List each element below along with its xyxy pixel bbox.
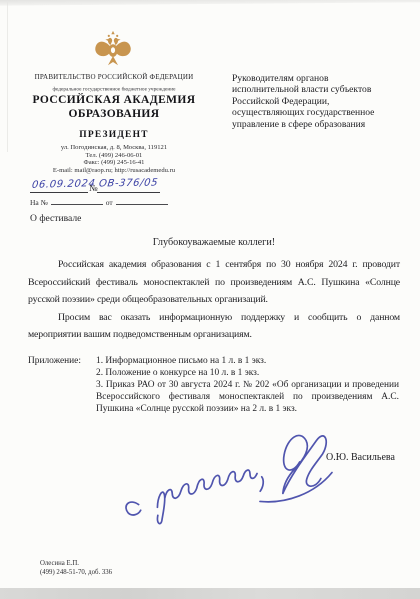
reply-reference-row: На №от xyxy=(30,196,171,207)
email-line: E-mail: mail@raop.ru; http://rusacademed… xyxy=(14,167,214,175)
reply-number-blank xyxy=(51,196,103,205)
institution-type-line: федеральное государственное бюджетное уч… xyxy=(38,86,190,92)
handwritten-closing-signature xyxy=(96,397,341,534)
date-underline xyxy=(30,192,88,193)
fax-line: Факс: (499) 245-16-41 xyxy=(14,159,214,167)
addressee-block: Руководителям органов исполнительной вла… xyxy=(232,73,408,130)
subject-line: О фестивале xyxy=(30,213,81,224)
attachments-label: Приложение: xyxy=(28,356,81,366)
outgoing-date-handwritten: 06.09.2024 xyxy=(31,178,96,191)
addressee-line: осуществляющих государственное xyxy=(232,107,408,118)
letter-body: Российская академия образования с 1 сент… xyxy=(28,256,400,344)
coat-of-arms-icon xyxy=(92,26,134,71)
contact-block: ул. Погодинская, д. 8, Москва, 119121 Те… xyxy=(14,144,214,174)
org-name: РОССИЙСКАЯ АКАДЕМИЯ ОБРАЗОВАНИЯ xyxy=(14,94,214,121)
addressee-line: управление в сфере образования xyxy=(232,119,408,130)
attachment-item: 1. Информационное письмо на 1 л. в 1 экз… xyxy=(96,356,399,368)
government-line: ПРАВИТЕЛЬСТВО РОССИЙСКОЙ ФЕДЕРАЦИИ xyxy=(14,73,214,81)
footer-contact-phone: (499) 248-51-70, доб. 336 xyxy=(40,569,112,578)
attachment-item: 2. Положение о конкурсе на 10 л. в 1 экз… xyxy=(96,368,399,380)
salutation: Глубокоуважаемые коллеги! xyxy=(28,237,400,248)
executor-contact: Олесина Е.П. (499) 248-51-70, доб. 336 xyxy=(40,560,112,577)
body-paragraph-1: Российская академия образования с 1 сент… xyxy=(28,256,400,309)
number-underline xyxy=(97,192,160,193)
attachments-list: 1. Информационное письмо на 1 л. в 1 экз… xyxy=(96,356,399,416)
signer-name: О.Ю. Васильева xyxy=(326,452,395,463)
outgoing-number-handwritten: ОВ-376/05 xyxy=(98,177,158,189)
scan-edge-bottom xyxy=(0,588,420,599)
addressee-line: исполнительной власти субъектов xyxy=(232,84,408,95)
letter-page: ПРАВИТЕЛЬСТВО РОССИЙСКОЙ ФЕДЕРАЦИИ федер… xyxy=(0,0,420,599)
address-line: ул. Погодинская, д. 8, Москва, 119121 xyxy=(14,144,214,152)
org-name-line2: ОБРАЗОВАНИЯ xyxy=(14,108,214,122)
reply-label: На № xyxy=(30,198,48,207)
scan-edge-left xyxy=(7,2,8,152)
reply-from-label: от xyxy=(106,198,113,207)
addressee-line: Руководителям органов xyxy=(232,73,408,84)
org-name-line1: РОССИЙСКАЯ АКАДЕМИЯ xyxy=(14,94,214,108)
footer-contact-name: Олесина Е.П. xyxy=(40,560,112,569)
president-title: ПРЕЗИДЕНТ xyxy=(14,130,214,140)
phone-line: Тел. (499) 246-06-01 xyxy=(14,152,214,160)
body-paragraph-2: Просим вас оказать информационную поддер… xyxy=(28,309,400,344)
addressee-line: Российской Федерации, xyxy=(232,96,408,107)
scan-edge-top xyxy=(0,0,420,6)
reply-date-blank xyxy=(116,196,168,205)
